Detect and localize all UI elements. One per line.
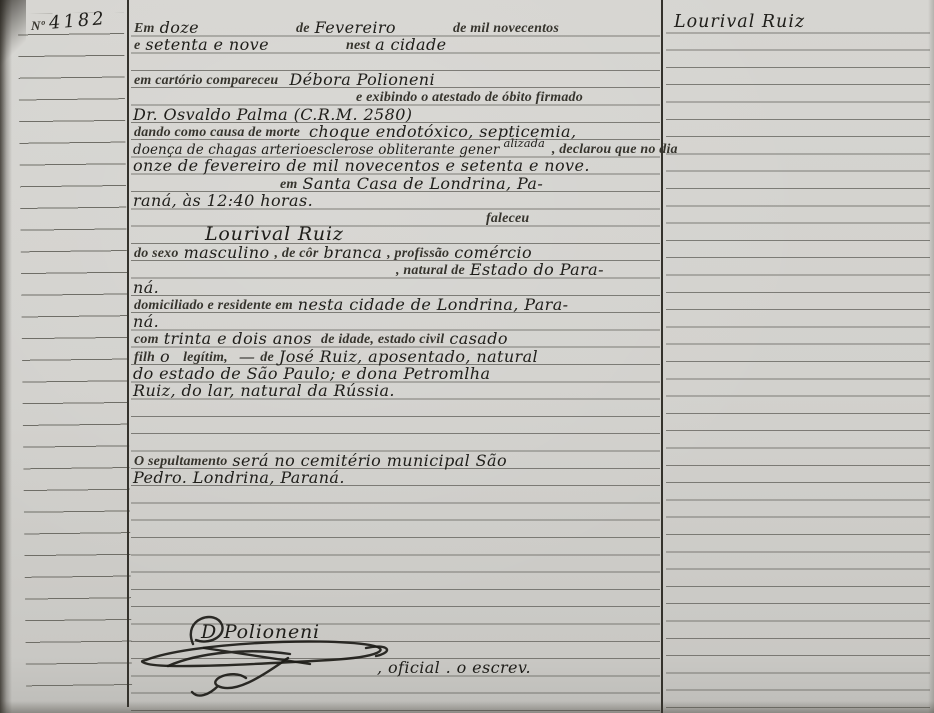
line-date-2: esetenta e novenesta cidade — [131, 34, 658, 54]
record-column: EmdozedeFevereirode mil novecentoseseten… — [131, 0, 660, 713]
line-age-civil: comtrinta e dois anosde idade, estado ci… — [131, 328, 658, 348]
registry-number: Nº 4182 — [28, 12, 126, 34]
line-death-date: onze de fevereiro de mil novecentos e se… — [131, 155, 658, 175]
column-divider-left — [127, 0, 129, 707]
registry-number-label: Nº — [28, 18, 48, 34]
margin-entry: Lourival Ruiz — [672, 12, 922, 32]
column-divider-right — [661, 0, 663, 713]
ruled-lines-margin-column — [666, 16, 930, 713]
registry-number-value: 4182 — [46, 8, 109, 34]
entry-year: setenta e nove — [143, 35, 271, 54]
handwritten-entry: Ruiz, do lar, natural da Rússia. — [131, 381, 397, 400]
scan-right-edge-shadow — [928, 0, 934, 713]
line-natural-de: , natural deEstado do Para- — [131, 259, 658, 279]
line-attestation: e exibindo o atestado de óbito firmado — [131, 86, 658, 106]
scan-gutter-shadow — [0, 0, 12, 713]
printed-form-text: nest — [343, 38, 373, 54]
death-register-page: Nº 4182 EmdozedeFevereirode mil novecent… — [0, 0, 934, 713]
entry-place: a cidade — [373, 35, 448, 54]
printed-form-text: e — [131, 38, 143, 54]
scan-corner-shadow — [0, 0, 26, 70]
official-signature-flourish — [138, 608, 438, 704]
line-filiation-3: Ruiz, do lar, natural da Rússia. — [131, 380, 658, 400]
ruled-lines-index-column — [18, 12, 132, 689]
line-burial-2: Pedro. Londrina, Paraná. — [131, 467, 658, 487]
handwritten-entry: Pedro. Londrina, Paraná. — [131, 468, 347, 487]
handwritten-entry: alizada — [501, 136, 546, 150]
margin-entry-name: Lourival Ruiz — [672, 12, 807, 32]
